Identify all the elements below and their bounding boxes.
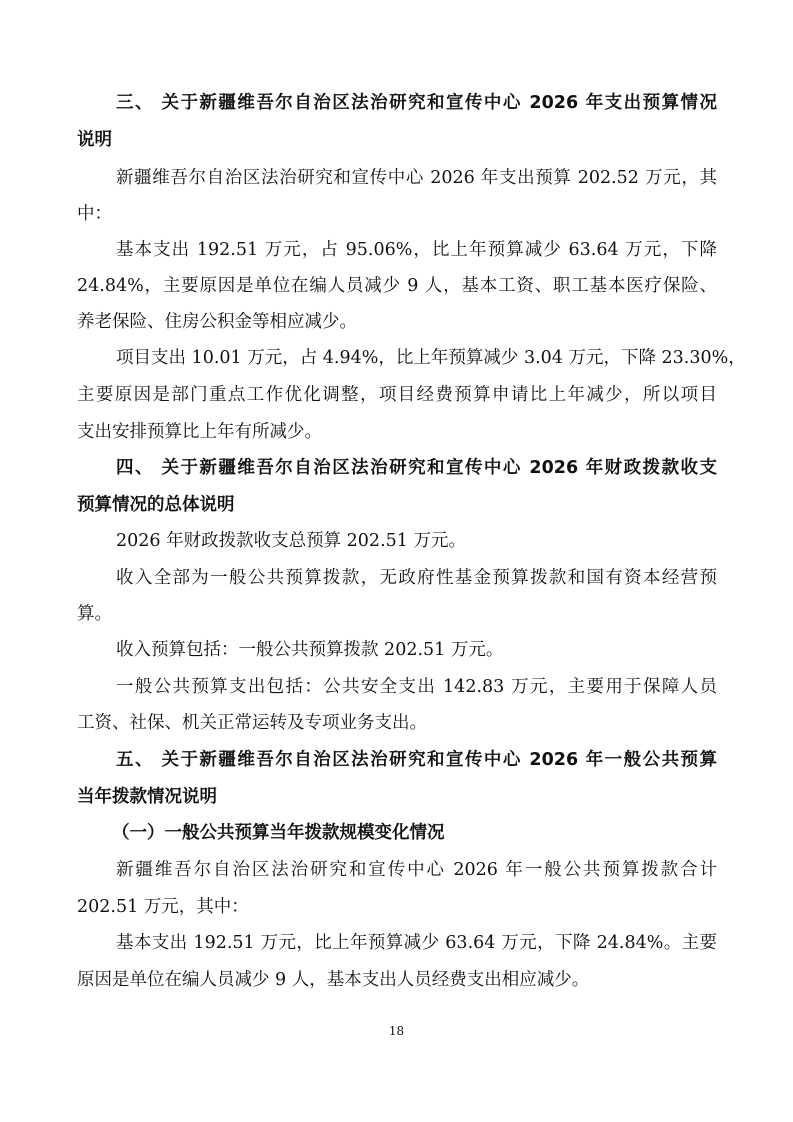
paragraph-line: 2026 年财政拨款收支总预算 202.51 万元。	[116, 530, 717, 552]
section-heading-5-cont: 当年拨款情况说明	[77, 786, 717, 808]
paragraph-line: 新疆维吾尔自治区法治研究和宣传中心 2026 年一般公共预算拨款合计	[116, 859, 717, 881]
paragraph-line: 中：	[77, 203, 717, 225]
paragraph-line: 算。	[77, 603, 717, 625]
section-heading-5: 五、 关于新疆维吾尔自治区法治研究和宣传中心 2026 年一般公共预算	[116, 749, 717, 771]
section-heading-3: 三、 关于新疆维吾尔自治区法治研究和宣传中心 2026 年支出预算情况	[116, 92, 717, 114]
paragraph-line: 支出安排预算比上年有所减少。	[77, 421, 717, 443]
paragraph-line: 项目支出 10.01 万元，占 4.94%，比上年预算减少 3.04 万元，下降…	[116, 347, 717, 369]
section-heading-4-cont: 预算情况的总体说明	[77, 494, 717, 516]
page-number: 18	[0, 1024, 793, 1038]
paragraph-line: 24.84%，主要原因是单位在编人员减少 9 人，基本工资、职工基本医疗保险、	[77, 275, 717, 297]
paragraph-line: 新疆维吾尔自治区法治研究和宣传中心 2026 年支出预算 202.52 万元，其	[116, 167, 717, 189]
paragraph-line: 收入预算包括：一般公共预算拨款 202.51 万元。	[116, 639, 717, 661]
subsection-heading-1: （一）一般公共预算当年拨款规模变化情况	[112, 822, 713, 844]
paragraph-line: 收入全部为一般公共预算拨款，无政府性基金预算拨款和国有资本经营预	[116, 567, 717, 589]
paragraph-line: 202.51 万元，其中：	[77, 896, 717, 918]
paragraph-line: 主要原因是部门重点工作优化调整，项目经费预算申请比上年减少，所以项目	[77, 384, 717, 406]
paragraph-line: 养老保险、住房公积金等相应减少。	[77, 311, 717, 333]
paragraph-line: 一般公共预算支出包括：公共安全支出 142.83 万元，主要用于保障人员	[116, 676, 717, 698]
paragraph-line: 工资、社保、机关正常运转及专项业务支出。	[77, 712, 717, 734]
section-heading-4: 四、 关于新疆维吾尔自治区法治研究和宣传中心 2026 年财政拨款收支	[116, 457, 717, 479]
paragraph-line: 原因是单位在编人员减少 9 人，基本支出人员经费支出相应减少。	[77, 969, 717, 991]
paragraph-line: 基本支出 192.51 万元，比上年预算减少 63.64 万元，下降 24.84…	[116, 932, 717, 954]
document-page: 三、 关于新疆维吾尔自治区法治研究和宣传中心 2026 年支出预算情况 说明 新…	[0, 0, 793, 1122]
section-heading-3-cont: 说明	[77, 129, 717, 151]
paragraph-line: 基本支出 192.51 万元，占 95.06%，比上年预算减少 63.64 万元…	[116, 239, 717, 261]
